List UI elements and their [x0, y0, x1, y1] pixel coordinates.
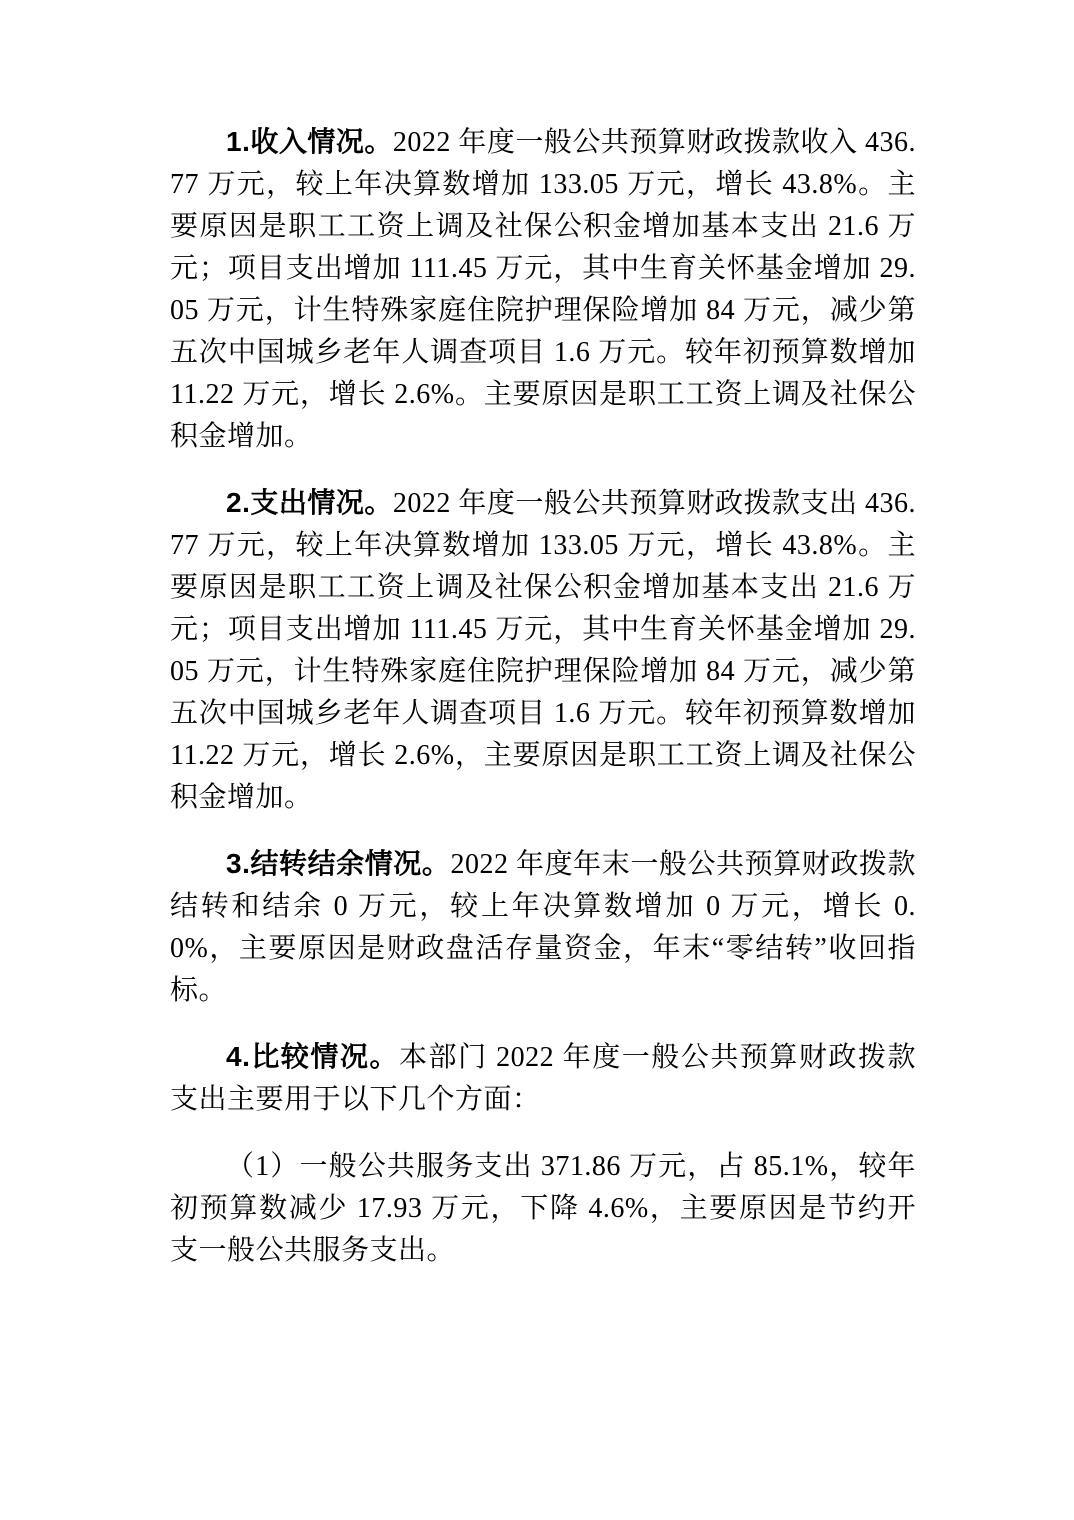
document-page: 1.收入情况。2022 年度一般公共预算财政拨款收入 436.77 万元，较上年… [0, 0, 1074, 1520]
paragraph-income: 1.收入情况。2022 年度一般公共预算财政拨款收入 436.77 万元，较上年… [170, 121, 916, 458]
paragraph-expenditure-heading: 2.支出情况。 [226, 487, 393, 518]
paragraph-comparison: 4.比较情况。本部门 2022 年度一般公共预算财政拨款支出主要用于以下几个方面… [170, 1036, 916, 1121]
paragraph-income-heading: 1.收入情况。 [226, 126, 393, 157]
paragraph-public-service-item-body: （1）一般公共服务支出 371.86 万元，占 85.1%，较年初预算数减少 1… [170, 1151, 916, 1266]
paragraph-expenditure-body: 2022 年度一般公共预算财政拨款支出 436.77 万元，较上年决算数增加 1… [170, 488, 916, 813]
paragraph-public-service-item: （1）一般公共服务支出 371.86 万元，占 85.1%，较年初预算数减少 1… [170, 1145, 916, 1272]
paragraph-carryover-heading: 3.结转结余情况。 [226, 848, 450, 879]
paragraph-comparison-heading: 4.比较情况。 [226, 1041, 399, 1072]
paragraph-income-body: 2022 年度一般公共预算财政拨款收入 436.77 万元，较上年决算数增加 1… [170, 127, 916, 452]
paragraph-carryover: 3.结转结余情况。2022 年度年末一般公共预算财政拨款结转和结余 0 万元，较… [170, 843, 916, 1012]
paragraph-expenditure: 2.支出情况。2022 年度一般公共预算财政拨款支出 436.77 万元，较上年… [170, 482, 916, 819]
